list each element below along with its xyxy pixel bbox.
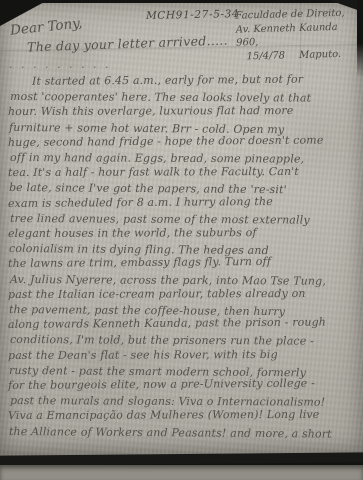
address-block: Faculdade de Direito, Av. Kenneth Kaunda… (235, 6, 358, 63)
letter-line: the Alliance of Workers and Peasants! an… (9, 424, 358, 442)
archive-code: MCH91-27-5-34 (146, 8, 239, 22)
opening-line: The day your letter arrived..... (27, 32, 228, 54)
letter-line: Viva a Emancipação das Mulheres (Women)!… (8, 407, 358, 423)
address-line-2: Av. Kenneth Kaunda 960, (236, 20, 359, 50)
letter-line: exam is scheduled for 8 a.m. I hurry alo… (8, 193, 358, 211)
letter-line: It started at 6.45 a.m., early for me, b… (8, 71, 358, 89)
scanned-letter: MCH91-27-5-34 Dear Tony, The day your le… (0, 0, 363, 480)
letter-date: 15/4/78 (246, 49, 285, 64)
letter-line: past the Italian ice-cream parlour, tabl… (8, 286, 358, 302)
ellipsis-line: . . . . . . . . . (9, 58, 111, 71)
salutation: Dear Tony, (9, 15, 83, 38)
letter-line: elegant houses in the world, the suburbs… (8, 225, 358, 241)
letter-line: tea. It's a half - hour fast walk to the… (8, 164, 358, 180)
letter-paper: MCH91-27-5-34 Dear Tony, The day your le… (0, 3, 363, 456)
page-edge-below (0, 465, 363, 480)
letter-line: past the Dean's flat - see his Rover, wi… (8, 346, 358, 362)
letter-line: huge, second hand fridge - hope the door… (8, 132, 358, 150)
letter-line: for the bourgeois elite, now a pre-Unive… (8, 375, 358, 393)
letter-line: along towards Kenneth Kaunda, past the p… (8, 315, 358, 333)
scan-edge-right (357, 0, 363, 78)
scan-edge-bottom (0, 452, 363, 465)
address-city: Maputo. (299, 47, 341, 62)
scan-edge-top (0, 0, 363, 3)
letter-line: the lawns are trim, embassy flags fly. T… (8, 254, 358, 272)
letter-line: hour. Wish this overlarge, luxurious fla… (8, 103, 358, 119)
letter-body: It started at 6.45 a.m., early for me, b… (8, 74, 358, 439)
